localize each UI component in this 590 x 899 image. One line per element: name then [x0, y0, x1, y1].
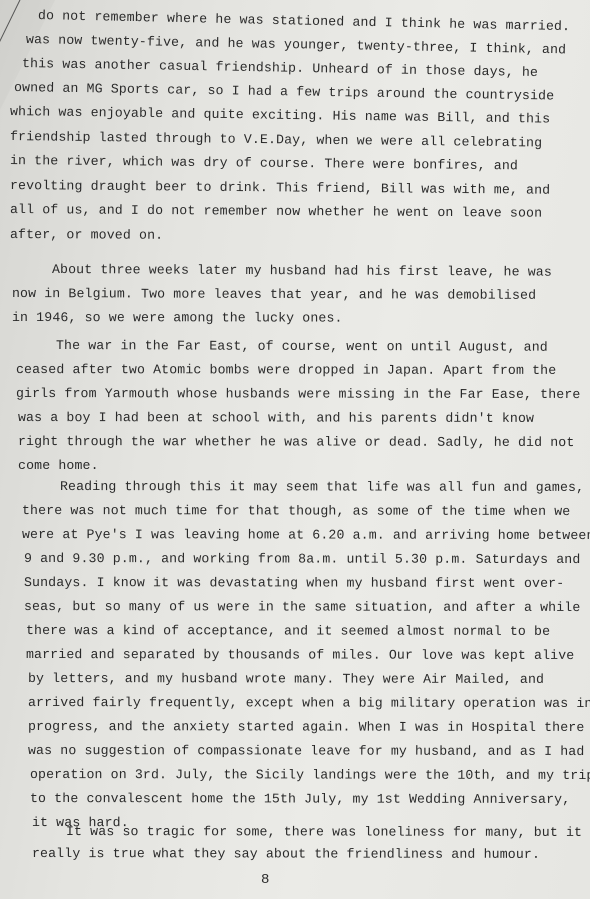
- text-line: Sundays. I know it was devastating when …: [24, 575, 564, 591]
- text-line: was now twenty-five, and he was younger,…: [26, 32, 566, 57]
- text-line: was a boy I had been at school with, and…: [18, 410, 534, 426]
- text-line: to the convalescent home the 15th July, …: [30, 791, 570, 807]
- text-line: operation on 3rd. July, the Sicily landi…: [30, 767, 590, 783]
- text-line: after, or moved on.: [10, 227, 163, 243]
- text-line: arrived fairly frequently, except when a…: [28, 695, 590, 711]
- text-line: owned an MG Sports car, so I had a few t…: [14, 80, 554, 103]
- text-line: all of us, and I do not remember now whe…: [10, 202, 542, 221]
- text-line: ceased after two Atomic bombs were dropp…: [16, 362, 556, 378]
- text-line: girls from Yarmouth whose husbands were …: [16, 386, 580, 402]
- text-line: there was a kind of acceptance, and it s…: [26, 623, 550, 639]
- text-line: right through the war whether he was ali…: [18, 434, 574, 450]
- text-line: Reading through this it may seem that li…: [60, 479, 584, 495]
- text-line: which was enjoyable and quite exciting. …: [10, 104, 550, 127]
- text-line: in 1946, so we were among the lucky ones…: [12, 310, 343, 326]
- text-line: 9 and 9.30 p.m., and working from 8a.m. …: [24, 551, 580, 567]
- text-line: there was not much time for that though,…: [22, 503, 570, 519]
- text-line: revolting draught beer to drink. This fr…: [10, 178, 550, 198]
- text-line: seas, but so many of us were in the same…: [24, 599, 580, 615]
- text-line: was no suggestion of compassionate leave…: [28, 743, 590, 759]
- text-line: married and separated by thousands of mi…: [26, 647, 574, 663]
- text-line: do not remember where he was stationed a…: [38, 8, 570, 34]
- text-line: It was so tragic for some, there was lon…: [66, 824, 582, 840]
- text-line: now in Belgium. Two more leaves that yea…: [12, 286, 536, 303]
- text-line: by letters, and my husband wrote many. T…: [28, 671, 544, 687]
- text-line: progress, and the anxiety started again.…: [28, 719, 584, 735]
- text-line: About three weeks later my husband had h…: [52, 262, 552, 280]
- text-line: come home.: [18, 458, 99, 473]
- text-line: The war in the Far East, of course, went…: [56, 338, 548, 355]
- text-line: really is true what they say about the f…: [32, 846, 540, 862]
- text-line: were at Pye's I was leaving home at 6.20…: [22, 527, 590, 543]
- text-line: this was another casual friendship. Unhe…: [22, 56, 538, 80]
- typewritten-page: do not remember where he was stationed a…: [0, 0, 590, 899]
- text-line: friendship lasted through to V.E.Day, wh…: [10, 129, 542, 151]
- page-number: 8: [261, 872, 269, 888]
- text-line: in the river, which was dry of course. T…: [10, 153, 518, 173]
